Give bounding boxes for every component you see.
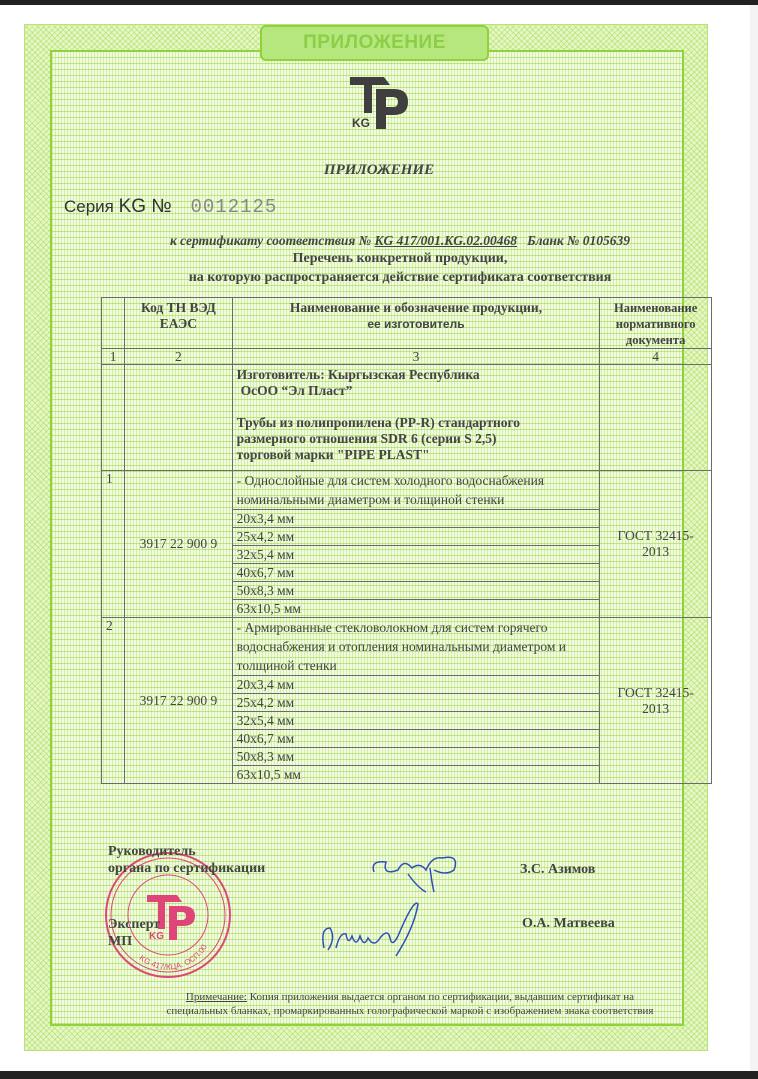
series-value: 0012125: [190, 196, 277, 218]
list-heading-line2: на которую распространяется действие сер…: [0, 270, 758, 286]
series-number: Серия KG № 0012125: [64, 196, 277, 218]
size-cell: 50x8,3 мм: [232, 748, 600, 766]
size-cell: 20x3,4 мм: [232, 510, 600, 528]
banner-label: ПРИЛОЖЕНИЕ: [303, 32, 446, 54]
series-prefix: Серия: [64, 197, 114, 216]
list-heading-line1: Перечень конкретной продукции,: [0, 251, 758, 267]
note-text-1: Копия приложения выдается органом по сер…: [250, 991, 634, 1003]
size-cell: 20x3,4 мм: [232, 676, 600, 694]
table-row: 2 3917 22 900 9 - Армированные стекловол…: [102, 618, 712, 676]
standard-document: ГОСТ 32415-2013: [600, 471, 712, 618]
standard-document: ГОСТ 32415-2013: [600, 618, 712, 784]
products-table: Код ТН ВЭД ЕАЭС Наименование и обозначен…: [101, 297, 712, 784]
page-title: ПРИЛОЖЕНИЕ: [0, 162, 758, 179]
svg-text:KG: KG: [352, 116, 370, 130]
manufacturer-row: Изготовитель: Кыргызская Республика ОсОО…: [102, 365, 712, 471]
size-cell: 25x4,2 мм: [232, 694, 600, 712]
head-name: З.С. Азимов: [520, 862, 595, 878]
table-header-row: Код ТН ВЭД ЕАЭС Наименование и обозначен…: [102, 298, 712, 349]
expert-name: О.А. Матвеева: [522, 916, 615, 932]
footnote: Примечание: Копия приложения выдается ор…: [100, 990, 720, 1018]
header-index: [102, 298, 125, 349]
size-cell: 32x5,4 мм: [232, 712, 600, 730]
blank-number: Бланк № 0105639: [527, 233, 630, 248]
certificate-prefix: к сертификату соответствия №: [170, 233, 371, 248]
series-code: KG №: [119, 196, 172, 217]
expert-label: Эксперт МП: [108, 916, 160, 950]
note-text-2: специальных бланках, промаркированных го…: [100, 1004, 720, 1018]
head-label: Руководитель органа по сертификации: [108, 843, 265, 877]
note-label: Примечание:: [186, 991, 247, 1003]
size-cell: 63x10,5 мм: [232, 766, 600, 784]
header-code: Код ТН ВЭД ЕАЭС: [125, 298, 232, 349]
column-number-row: 1 2 3 4: [102, 349, 712, 365]
size-cell: 40x6,7 мм: [232, 564, 600, 582]
size-cell: 40x6,7 мм: [232, 730, 600, 748]
product-description: - Армированные стекловолокном для систем…: [232, 618, 600, 676]
head-signature: [368, 848, 468, 896]
size-cell: 63x10,5 мм: [232, 600, 600, 618]
window-top-bar: [0, 0, 758, 5]
top-banner: ПРИЛОЖЕНИЕ: [260, 25, 489, 61]
expert-signature: [318, 898, 428, 960]
certificate-number: KG 417/001.KG.02.00468: [374, 233, 517, 248]
size-cell: 50x8,3 мм: [232, 582, 600, 600]
size-cell: 32x5,4 мм: [232, 546, 600, 564]
size-cell: 25x4,2 мм: [232, 528, 600, 546]
manufacturer-info: Изготовитель: Кыргызская Республика ОсОО…: [232, 365, 600, 471]
window-bottom-bar: [0, 1071, 758, 1079]
product-description: - Однослойные для систем холодного водос…: [232, 471, 600, 510]
table-row: 1 3917 22 900 9 - Однослойные для систем…: [102, 471, 712, 510]
header-standard: Наименование нормативного документа: [600, 298, 712, 349]
certificate-reference: к сертификату соответствия № KG 417/001.…: [0, 233, 758, 249]
tr-kg-logo-icon: KG: [348, 75, 410, 131]
header-product: Наименование и обозначение продукции, ее…: [232, 298, 600, 349]
